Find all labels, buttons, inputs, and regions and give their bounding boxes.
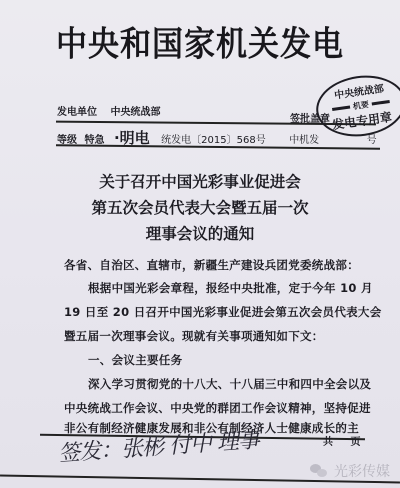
sender-value: 中央统战部 (110, 107, 160, 118)
paragraph-line: 根据中国光彩会章程，报经中央批准，定于今年 10 月 (88, 280, 373, 296)
section-heading: 一、会议主要任务 (88, 352, 182, 368)
sender-row: 发电单位 中央统战部 (57, 103, 160, 118)
wechat-icon (310, 464, 328, 478)
watermark: 光彩传媒 (310, 461, 390, 481)
notice-title-line-1: 关于召开中国光彩事业促进会 (0, 170, 400, 192)
paragraph-line: 深入学习贯彻党的十八大、十八届三中和四中全会以及 (88, 376, 371, 392)
page-count-label: 共 页 (323, 433, 360, 448)
sender-label: 发电单位 (57, 107, 97, 118)
document-page: 中央和国家机关发电 发电单位 中央统战部 签批盖章 等级 特急 ·明电 统发电〔… (0, 0, 400, 488)
watermark-text: 光彩传媒 (334, 461, 390, 481)
addressee: 各省、自治区、直辖市，新疆生产建设兵团党委统战部： (64, 257, 359, 273)
doc-number: 统发电〔2015〕568号 (161, 135, 266, 146)
header-title: 中央和国家机关发电 (0, 16, 400, 66)
paragraph-line: 19 日至 20 日召开中国光彩事业促进会第五次会员代表大会 (64, 304, 382, 320)
notice-title-line-3: 理事会议的通知 (0, 222, 400, 244)
notice-title-line-2: 第五次会员代表大会暨五届一次 (0, 196, 400, 218)
official-seal: 中央统战部 机要 发电专用章 (312, 70, 400, 142)
paragraph-line: 中央统战工作会议、中央党的群团工作会议精神，坚持促进 (64, 400, 371, 416)
paragraph-line: 暨五届一次理事会议。现就有关事项通知如下文： (64, 328, 324, 344)
number-suffix: 号 (367, 135, 377, 146)
